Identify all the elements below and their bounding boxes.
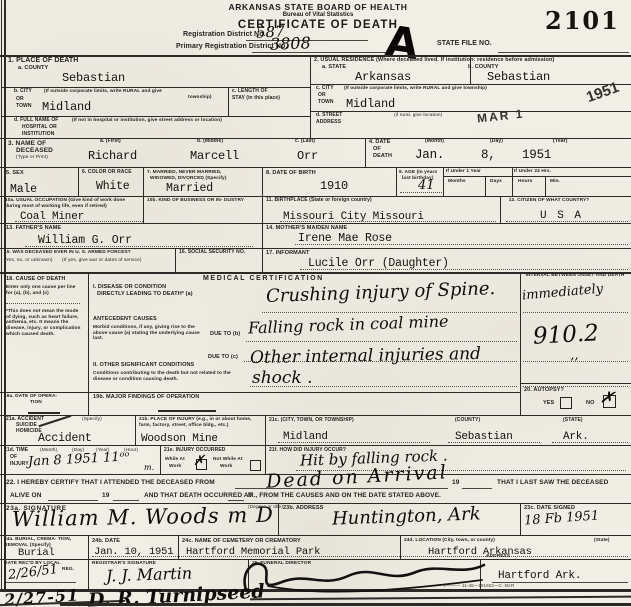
autopsy-yes-checkbox [560, 397, 572, 409]
grid-line [0, 503, 631, 504]
under-24-hrs-label: If Under 24 Hrs. [514, 169, 551, 175]
form-number-note: F——— 11-48—101602—C.-McR [444, 583, 514, 588]
grid-line [0, 535, 631, 536]
certify-year2: 19 [102, 492, 109, 500]
race-value: White [96, 180, 130, 193]
grid-line [512, 167, 513, 196]
autopsy-yes-label: YES [543, 400, 554, 406]
grid-line [523, 312, 628, 313]
place-of-injury-value: Woodson Mine [141, 433, 218, 445]
box1-county-value: Sebastian [62, 71, 125, 85]
while-at-work-label2: Work [169, 464, 181, 470]
grid-line [88, 272, 89, 415]
grid-line [143, 196, 144, 223]
grid-line [88, 559, 89, 589]
injury-time-suffix: m. [144, 463, 154, 472]
grid-line [6, 582, 76, 583]
certify-line2-mid: AND THAT DEATH OCCURRED AT [144, 492, 252, 500]
not-while-at-work-checkbox [250, 460, 261, 471]
injury-city-label: 21c. (CITY, TOWN, OR TOWNSHIP) [269, 418, 354, 424]
grid-line [462, 488, 492, 489]
box4-label2: OF [373, 146, 381, 152]
death-year-label: (Year) [553, 139, 568, 145]
birth-date-value: 1910 [320, 179, 348, 193]
grid-line [262, 223, 263, 248]
certify-year1: 19 [452, 479, 459, 487]
hours-label: Hours [518, 179, 532, 185]
age-value: 41 [418, 178, 435, 193]
armed-forces-note1: (Yes, no, or unknown) [4, 258, 53, 264]
funeral-address-value: Hartford Ark. [498, 570, 581, 582]
death-year-value: 1951 [522, 148, 551, 162]
death-day-label: (Day) [490, 139, 503, 145]
box2-county-value: Sebastian [487, 70, 550, 84]
box2-or-label: OR [318, 93, 326, 99]
grid-line [498, 52, 629, 53]
grid-line [300, 269, 628, 270]
grid-line [310, 111, 631, 112]
death-day-value: 8, [481, 148, 496, 162]
informant-label: 17. INFORMANT [266, 250, 309, 256]
armed-forces-note2: (If yes, give war or dates of service) [62, 258, 142, 264]
burial-location-label: 24d. LOCATION (City, town, or county) [404, 538, 495, 544]
certify-alive-on: ALIVE ON [10, 492, 42, 500]
box4-label3: DEATH [373, 153, 392, 159]
cause-note1: Enter only one cause per line for (a), (… [6, 285, 82, 296]
other-conditions-value2: shock . [252, 368, 313, 388]
cause-code-ditto: ’’ [570, 356, 578, 371]
autopsy-label: 20. AUTOPSY? [524, 387, 564, 393]
death-month-label: (Month) [425, 139, 444, 145]
grid-line [25, 246, 253, 247]
box2-city-label: c. CITY [316, 86, 334, 92]
grid-line [506, 221, 628, 222]
burial-type-value: Burial [18, 547, 55, 559]
marital-label2: WIDOWED, DIVORCED (Specify) [150, 176, 227, 182]
disease-label: I. DISEASE OR CONDITION [93, 284, 166, 290]
cause-title: 18. CAUSE OF DEATH [6, 276, 65, 282]
grid-line [262, 248, 263, 272]
grid-line [552, 442, 628, 443]
injury-county-label: (COUNTY) [455, 418, 480, 424]
grid-line [0, 167, 631, 168]
grid-line [1, 0, 2, 592]
box1-or-label: OR [16, 97, 24, 103]
grid-line [160, 445, 161, 474]
box1-title: 1. PLACE OF DEATH [8, 57, 78, 65]
box1-stay-label2: STAY (in this place) [232, 96, 280, 102]
cause-code-value: 910.2 [532, 320, 599, 349]
father-label: 13. FATHER'S NAME [6, 225, 61, 231]
disease-label2: DIRECTLY LEADING TO DEATH* (a) [97, 291, 193, 297]
funeral-address-label: ADDRESS [486, 554, 510, 560]
operation-findings-label: 19b. MAJOR FINDINGS OF OPERATION [93, 394, 199, 400]
certify-line1-post: THAT I LAST SAW THE DECEASED [497, 479, 608, 487]
state-file-label: STATE FILE NO. [437, 40, 492, 48]
other-conditions-value1: Other internal injuries and [250, 344, 481, 368]
physician-address-label: 23b. ADDRESS [283, 505, 323, 511]
interval-value: immediately [522, 281, 604, 303]
grid-line [135, 415, 136, 445]
grid-line [246, 341, 517, 342]
business-label: 10b. KIND OF BUSINESS OR IN- DUSTRY [147, 198, 257, 204]
grid-line [228, 500, 244, 501]
box1-city-value: Midland [42, 100, 91, 114]
grid-line [400, 192, 442, 193]
injury-state-label: (STATE) [563, 418, 583, 424]
marital-value: Married [166, 182, 213, 195]
place-of-injury-label: 21b. PLACE OF INJURY (e.g., in or about … [139, 417, 263, 428]
physician-signature: William M. Woods m D [12, 503, 274, 532]
first-name-value: Richard [88, 149, 137, 163]
primary-district-value: 3808 [270, 33, 311, 53]
board-name: ARKANSAS STATE BOARD OF HEALTH [168, 2, 468, 12]
autopsy-no-label: NO [586, 400, 594, 406]
grid-line [265, 415, 266, 474]
sex-label: 5. SEX [6, 170, 24, 176]
min-label: Min. [550, 179, 560, 185]
grid-line [113, 500, 139, 501]
interval-label: INTERVAL BETWEEN ONSET AND DEATH [523, 273, 627, 279]
mother-label: 14. MOTHER'S MAIDEN NAME [266, 225, 347, 231]
time-of-injury-label2: OF [10, 455, 17, 461]
due-c-label: DUE TO (c) [208, 354, 238, 360]
days-label: Days [490, 179, 502, 185]
other-conditions-label: II. OTHER SIGNIFICANT CONDITIONS [93, 362, 194, 368]
while-at-work-label: While At [165, 457, 185, 463]
grid-line [520, 503, 521, 535]
grid-line [545, 176, 546, 196]
due-b-value: Falling rock in coal mine [248, 312, 449, 338]
grid-line [0, 248, 631, 249]
not-while-at-work-label: Not While At [213, 457, 243, 463]
time-of-injury-label: 21d. TIME [4, 448, 28, 454]
grid-line [175, 248, 176, 272]
grid-line [0, 445, 631, 446]
reg-district-label: Registration District No. [183, 31, 266, 39]
death-month-value: Jan. [415, 148, 444, 162]
antecedent-label: ANTECEDENT CAUSES [93, 316, 157, 322]
box1-hospital-label3: INSTITUTION [22, 132, 55, 138]
grid-line [6, 303, 80, 304]
grid-line [485, 176, 486, 196]
grid-line [0, 138, 631, 139]
date-received-label2: REG. [62, 567, 74, 573]
grid-line [310, 84, 631, 85]
cemetery-label: 24c. NAME OF CEMETERY OR CREMATORY [182, 538, 301, 544]
not-while-at-work-label2: Work [220, 464, 232, 470]
box2-street-label: d. STREET [316, 113, 342, 119]
grid-line [0, 392, 520, 393]
certify-line1: 22. I HEREBY CERTIFY THAT I ATTENDED THE… [6, 479, 215, 487]
grid-line [0, 415, 631, 416]
time-of-injury-label3: INJURY [10, 462, 29, 468]
grid-line [262, 167, 263, 196]
box1-city-note: (If outside corporate limits, write RURA… [44, 89, 162, 95]
due-b-label: DUE TO (b) [210, 331, 240, 337]
grid-line [228, 88, 229, 116]
birth-date-label: 8. DATE OF BIRTH [266, 170, 316, 176]
accident-value: Accident [38, 432, 92, 445]
bureau-name: Bureau of Vital Statistics [168, 12, 468, 18]
under-1-year-label: If Under 1 Year [446, 169, 481, 175]
box2-city-note: (If outside corporate limits, write RURA… [344, 86, 487, 92]
grid-line [143, 167, 144, 196]
months-label: Months [448, 179, 466, 185]
box2-street-note: (if rural, give location) [394, 113, 442, 119]
grid-line [48, 500, 98, 501]
operation-date-label2: TION [30, 400, 42, 406]
marital-label: 7. MARRIED, NEVER MARRIED, [147, 170, 222, 176]
box1-stay-label: c. LENGTH OF [232, 89, 268, 95]
first-name-label: a. (First) [100, 139, 121, 145]
physician-address-value: Huntington, Ark [332, 503, 481, 529]
while-at-work-mark: ✗ [193, 453, 205, 469]
occupation-label: 10a. USUAL OCCUPATION (Give kind of work… [5, 198, 141, 209]
other-conditions-note: Conditions contributing to the death but… [93, 371, 243, 382]
birthplace-label: 11. BIRTHPLACE (State or foreign country… [266, 198, 372, 204]
funeral-director-signature [238, 552, 488, 598]
citizen-label: 12. CITIZEN OF WHAT COUNTRY? [504, 198, 594, 204]
grid-line [250, 386, 517, 387]
grid-line [443, 167, 444, 196]
race-label: 6. COLOR OR RACE [82, 170, 132, 176]
date-received-stamp-line2: 1951 [584, 79, 621, 106]
grid-line [28, 412, 60, 414]
box1-city-label: b. CITY [14, 89, 32, 95]
box2-state-label: a. STATE [322, 64, 346, 70]
middle-name-label: b. (Middle) [197, 139, 223, 145]
burial-date-label: 24b. DATE [92, 538, 120, 544]
box2-town-label: TOWN [318, 100, 334, 106]
last-name-label: c. (Last) [295, 139, 315, 145]
operation-date-label: 19a. DATE OF OPERA- [4, 394, 57, 400]
grid-line [396, 167, 397, 196]
box4-label: 4. DATE [369, 139, 390, 145]
age-label: 9. AGE (In years [399, 170, 437, 176]
certificate-number: 2101 [545, 6, 620, 35]
registrar-signature: J. J. Martin [106, 564, 193, 586]
specify-label: (Specify) [82, 417, 102, 423]
box1-county-label: a. COUNTY [18, 65, 48, 71]
grid-line [0, 223, 631, 224]
sex-value: Male [10, 183, 37, 196]
cause-note2: *This does not mean the mode of dying, s… [6, 309, 84, 337]
armed-forces-label: 15. WAS DECEASED EVER IN U. S. ARMED FOR… [4, 250, 131, 256]
box1-hospital-label2: HOSPITAL OR [22, 125, 57, 131]
grid-line [88, 535, 89, 559]
grid-line [520, 383, 631, 384]
box2-state-value: Arkansas [355, 70, 411, 84]
box3-title3: (Type or Print) [16, 155, 48, 161]
box2-city-value: Midland [346, 97, 395, 111]
box2-street-label2: ADDRESS [316, 120, 341, 126]
grid-line [520, 272, 521, 415]
grid-line [280, 221, 496, 222]
grid-line [252, 52, 392, 53]
middle-name-value: Marcell [190, 149, 239, 163]
box3-title2: DECEASED [16, 147, 53, 155]
box1-city-note2: township) [188, 95, 212, 101]
certify-line2-post: M., FROM THE CAUSES AND ON THE DATE STAT… [248, 492, 441, 500]
box1-hospital-note: (If not in hospital or institution, give… [72, 118, 222, 124]
grid-line [78, 167, 79, 196]
grid-line [15, 221, 143, 222]
last-name-value: Orr [297, 149, 318, 163]
certificate-title: CERTIFICATE OF DEATH [168, 19, 468, 31]
grid-line [295, 244, 628, 245]
date-received-stamp-line1: MAR 1 [476, 107, 525, 126]
burial-state-label: (State) [594, 538, 610, 544]
autopsy-no-mark: ✗ [599, 387, 616, 409]
box1-town-label: TOWN [16, 104, 32, 110]
ssn-label: 16. SOCIAL SECURITY NO. [179, 250, 245, 256]
box2-title: 2. USUAL RESIDENCE (Where deceased lived… [314, 57, 554, 63]
box1-hospital-label: d. FULL NAME OF [14, 118, 58, 124]
grid-line [60, 603, 631, 606]
certificate-header: ARKANSAS STATE BOARD OF HEALTH Bureau of… [168, 2, 468, 31]
grid-line [365, 138, 366, 167]
grid-line [310, 55, 311, 138]
morbid-note: Morbid conditions, if any, giving rise t… [93, 325, 205, 342]
grid-line [443, 176, 631, 177]
grid-line [278, 442, 430, 443]
grid-line [158, 410, 216, 412]
medical-certification-title: MEDICAL CERTIFICATION [203, 275, 324, 283]
grid-line [448, 442, 540, 443]
grid-line [262, 196, 263, 223]
death-certificate-scan: ARKANSAS STATE BOARD OF HEALTH Bureau of… [0, 0, 631, 607]
grid-line [500, 196, 501, 223]
